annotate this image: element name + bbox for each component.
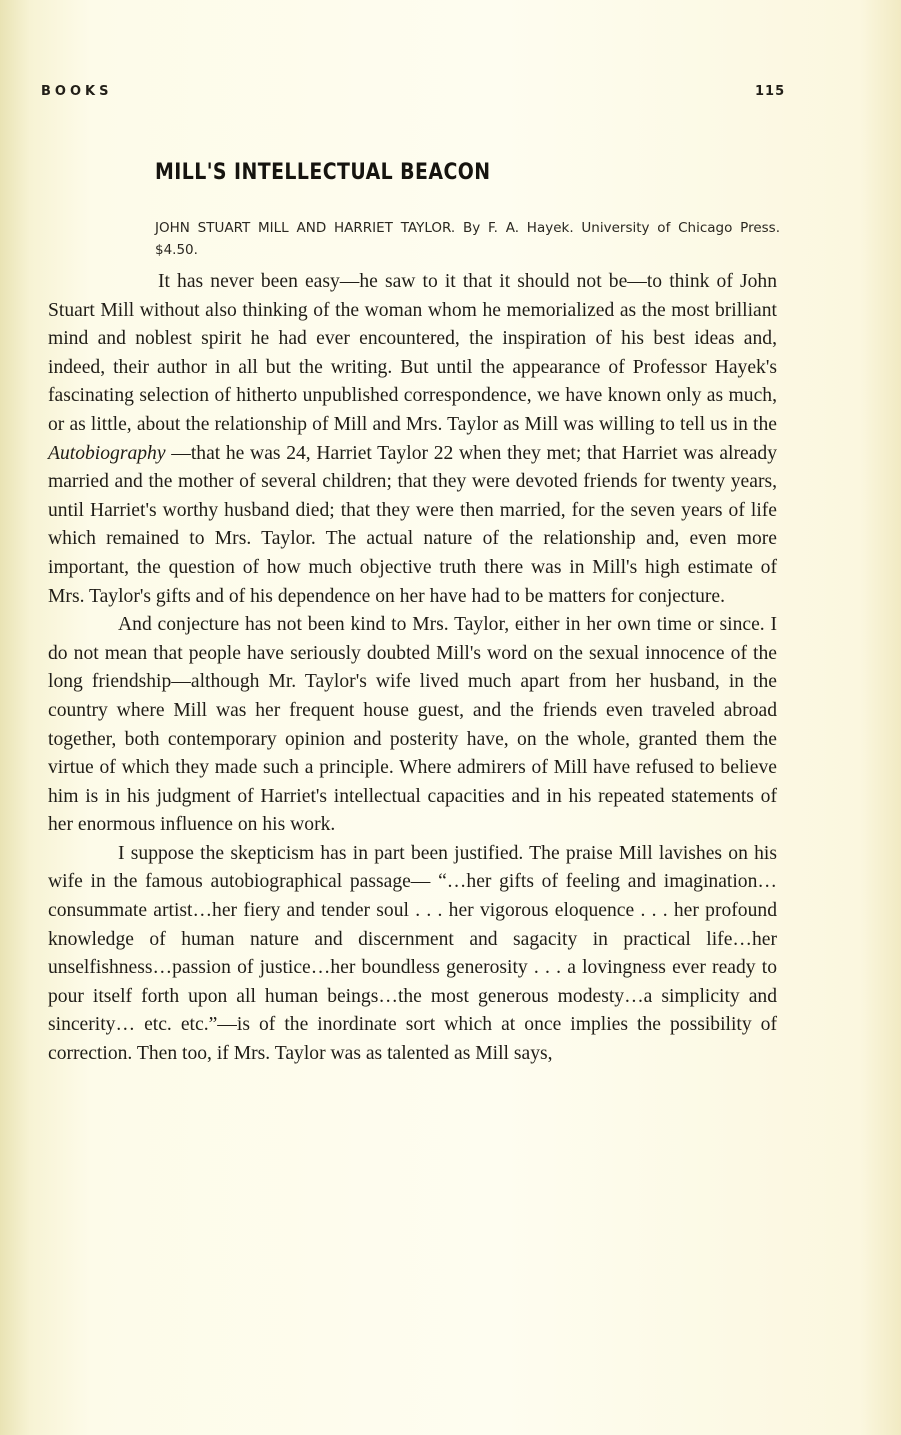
paragraph-1: It has never been easy—he saw to it that… bbox=[48, 268, 777, 611]
book-citation: JOHN STUART MILL AND HARRIET TAYLOR. By … bbox=[155, 217, 780, 261]
page-number: 115 bbox=[755, 84, 785, 99]
paragraph-2: And conjecture has not been kind to Mrs.… bbox=[48, 611, 777, 840]
paragraph-1-text-a: It has never been easy—he saw to it that… bbox=[48, 271, 777, 435]
italic-book-title: Autobiography bbox=[48, 443, 166, 464]
book-page: BOOKS 115 MILL'S INTELLECTUAL BEACON JOH… bbox=[0, 0, 901, 1435]
paragraph-1-text-b: —that he was 24, Harriet Taylor 22 when … bbox=[48, 443, 777, 607]
article-title: MILL'S INTELLECTUAL BEACON bbox=[155, 160, 491, 185]
paragraph-3: I suppose the skepticism has in part bee… bbox=[48, 840, 777, 1069]
article-body: It has never been easy—he saw to it that… bbox=[48, 268, 777, 1069]
